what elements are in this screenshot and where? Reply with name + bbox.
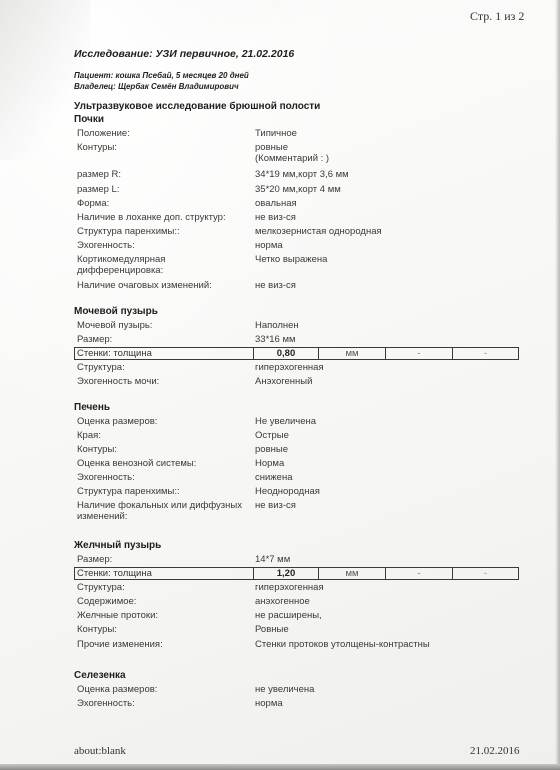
section-liver-title: Печень xyxy=(74,402,110,413)
row-label: Форма: xyxy=(77,198,252,209)
row-label: Эхогенность мочи: xyxy=(77,376,252,387)
label-line: Кортикомедулярная xyxy=(77,254,165,265)
section-bladder-title: Мочевой пузырь xyxy=(74,306,158,317)
row-label: Контуры: xyxy=(77,142,252,153)
footer-date: 21.02.2016 xyxy=(470,745,520,757)
page-number: Стр. 1 из 2 xyxy=(470,9,524,24)
label-line: дифференцировка: xyxy=(77,265,163,276)
section-spleen-title: Селезенка xyxy=(74,670,126,681)
row-value: овальная xyxy=(255,198,515,209)
row-value: норма xyxy=(255,698,515,709)
row-value: Неоднородная xyxy=(255,486,515,497)
row-label: Размер: xyxy=(77,554,252,565)
row-value: не расширены, xyxy=(255,610,515,621)
kidney-row: Кортикомедулярнаядифференцировка:Четко в… xyxy=(77,254,517,278)
row-value: ровные(Комментарий : ) xyxy=(255,142,515,164)
row-label: Структура: xyxy=(77,362,252,373)
patient-line: Пациент: кошка Псебай, 5 месяцев 20 дней xyxy=(74,70,249,81)
section-gallbladder-title: Желчный пузырь xyxy=(74,540,161,551)
row-value: анэхогенное xyxy=(255,596,515,607)
row-value: не виз-ся xyxy=(255,280,515,291)
row-label: Наличие фокальных или диффузныхизменений… xyxy=(77,500,252,522)
row-label: Оценка размеров: xyxy=(77,684,252,695)
row-value: не виз-ся xyxy=(255,500,515,511)
row-value: 33*16 мм xyxy=(255,334,515,345)
cell-label: Стенки: толщина xyxy=(75,568,254,579)
row-label: Мочевой пузырь: xyxy=(77,320,252,331)
study-title: Исследование: УЗИ первичное, 21.02.2016 xyxy=(74,48,294,60)
cell-value: 1,20 xyxy=(254,568,319,579)
row-label: Структура: xyxy=(77,582,252,593)
row-label: Желчные протоки: xyxy=(77,610,252,621)
row-value: не увеличена xyxy=(255,684,515,695)
row-label: Оценка размеров: xyxy=(77,416,252,427)
row-value: Анэхогенный xyxy=(255,376,515,387)
row-label: Эхогенность: xyxy=(77,698,252,709)
kidney-row: Контуры:ровные(Комментарий : ) xyxy=(77,142,517,166)
patient-info: Пациент: кошка Псебай, 5 месяцев 20 дней… xyxy=(74,70,249,92)
cell-empty: - xyxy=(453,568,518,579)
row-label: Оценка венозной системы: xyxy=(77,458,252,469)
row-value: Острые xyxy=(255,430,515,441)
row-value: гиперэхогенная xyxy=(255,582,515,593)
row-label: размер R: xyxy=(77,169,252,180)
cell-empty: - xyxy=(386,568,453,579)
owner-line: Владелец: Щербак Семён Владимирович xyxy=(74,81,249,92)
label-line: изменений: xyxy=(77,511,128,522)
row-label: Эхогенность: xyxy=(77,240,252,251)
row-value: мелкозернистая однородная xyxy=(255,226,515,237)
bladder-wall-thickness-table: Стенки: толщина 0,80 мм - - xyxy=(74,347,519,360)
row-value: Четко выражена xyxy=(255,254,515,265)
row-value: Норма xyxy=(255,458,515,469)
row-value: норма xyxy=(255,240,515,251)
row-value: гиперэхогенная xyxy=(255,362,515,373)
footer-url: about:blank xyxy=(74,745,126,757)
row-value: 35*20 мм,корт 4 мм xyxy=(255,184,515,195)
gallbladder-wall-thickness-table: Стенки: толщина 1,20 мм - - xyxy=(74,567,519,580)
row-label: Кортикомедулярнаядифференцировка: xyxy=(77,254,252,276)
row-label: Содержимое: xyxy=(77,596,252,607)
row-value: 34*19 мм,корт 3,6 мм xyxy=(255,169,515,180)
row-label: Наличие очаговых изменений: xyxy=(77,280,252,291)
exam-title: Ультразвуковое исследование брюшной поло… xyxy=(74,101,320,112)
cell-value: 0,80 xyxy=(254,348,319,359)
row-label: Структура паренхимы:: xyxy=(77,486,252,497)
cell-empty: - xyxy=(386,348,453,359)
row-value: не виз-ся xyxy=(255,212,515,223)
row-label: Прочие изменения: xyxy=(77,639,252,650)
row-label: Контуры: xyxy=(77,444,252,455)
row-label: Края: xyxy=(77,430,252,441)
liver-row: Наличие фокальных или диффузныхизменений… xyxy=(77,500,517,524)
row-label: Положение: xyxy=(77,128,252,139)
cell-empty: - xyxy=(453,348,518,359)
row-value: Не увеличена xyxy=(255,416,515,427)
row-value: Стенки протоков утолщены-контрастны xyxy=(255,639,515,650)
row-label: размер L: xyxy=(77,184,252,195)
cell-label: Стенки: толщина xyxy=(75,348,254,359)
label-line: Наличие фокальных или диффузных xyxy=(77,500,242,511)
cell-unit: мм xyxy=(319,568,386,579)
row-label: Контуры: xyxy=(77,624,252,635)
page-edge xyxy=(555,0,560,770)
cell-unit: мм xyxy=(319,348,386,359)
row-value: Ровные xyxy=(255,624,515,635)
row-value: Наполнен xyxy=(255,320,515,331)
row-label: Структура паренхимы:: xyxy=(77,226,252,237)
row-label: Размер: xyxy=(77,334,252,345)
value-comment: (Комментарий : ) xyxy=(255,153,329,164)
row-value: ровные xyxy=(255,444,515,455)
row-value: 14*7 мм xyxy=(255,554,515,565)
row-label: Наличие в лоханке доп. структур: xyxy=(77,212,252,223)
page-edge xyxy=(0,764,560,770)
row-label: Эхогенность: xyxy=(77,472,252,483)
row-value: снижена xyxy=(255,472,515,483)
row-value: Типичное xyxy=(255,128,515,139)
section-kidneys-title: Почки xyxy=(74,114,104,125)
value-line: ровные xyxy=(255,142,288,153)
